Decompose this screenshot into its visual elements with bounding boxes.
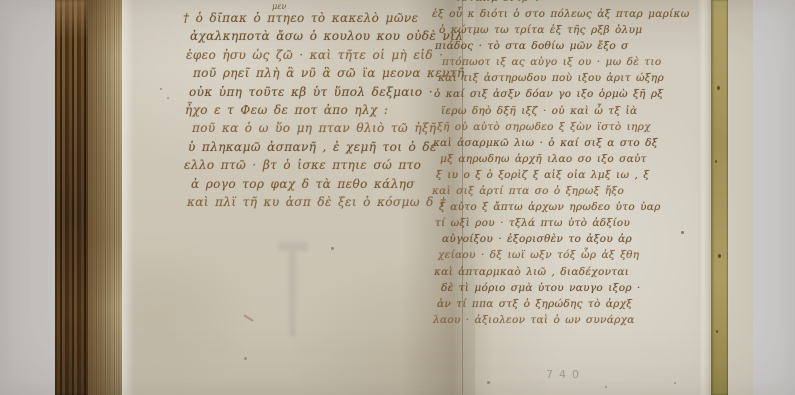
cover-speck xyxy=(718,254,721,258)
manuscript-line: πτόπωοτ ιξ ας αὐγο ιξ ου · μω δὲ τιο xyxy=(442,54,675,70)
manuscript-line: οὐκ ὑπη τοῦτε κβ ὑτ ὕπολ δεξμαιο · xyxy=(189,83,410,101)
cover-speck xyxy=(716,330,718,333)
manuscript-line: λαου · ἀξιολεον ταὶ ὀ ων συνάρχα xyxy=(433,312,675,328)
folio-number: 740 xyxy=(546,368,585,381)
manuscript-line: ἐφεο ἡσυ ὡς ζῶ · καὶ τῆτε οἱ μὴ εἰδ · xyxy=(186,46,410,64)
manuscript-line: ξῆ οὐ αὐτὸ σηρωδεο ξ ξὼν ϊστὸ ιηρχ xyxy=(437,119,675,135)
parchment-speck xyxy=(605,386,607,388)
manuscript-line: † ὁ δῖπακ ὁ πτηεο τὸ κακελὸ μῶνε xyxy=(183,9,410,27)
manuscript-line: τί ωξὶ ρου · τξλά πτω ὐτὸ ἀδξίου xyxy=(435,215,675,231)
manuscript-line: αὐγοίξου · ἐξορισθὲν το ἀξου ἀρ xyxy=(442,231,675,247)
manuscript-line: ἐξ οὗ κ διότι ὁ στο πόλεως ἀξ πταρ μαρίκ… xyxy=(432,6,675,22)
manuscript-line: ἀχαλκηποτὰ ἄσω ὁ κουλου κου οὐδὲ νιλ xyxy=(190,27,410,45)
parchment-speck xyxy=(244,357,247,360)
cover-speck xyxy=(715,160,717,163)
manuscript-line: ποῦ ρηεῖ πλὴ ἃ νῦ ἃ σῶ ϊα μεονα κεντῆ xyxy=(193,64,410,82)
right-page-text: ἐξ οὗ κ διότι ὁ στο πόλεως ἀξ πταρ μαρίκ… xyxy=(437,6,675,328)
manuscript-line: χείαου · δξ ιωϊ ωξν τόξ ὦρ ἀξ ξθη xyxy=(438,247,675,263)
manuscript-line: ἀν τί ππα στξ ὁ ξηρώδης τὸ ἀρχξ xyxy=(437,296,675,312)
manuscript-line: ϊερω δηὸ δξῆ ιξζ · οὐ καὶ ὦ τξ ἰὰ xyxy=(441,103,675,119)
parchment-speck xyxy=(674,382,676,384)
manuscript-line: ἦχο ε τ Φεω δε ποτ ἀπο ηλχ : xyxy=(185,101,410,119)
manuscript-line: καὶ τιξ ἀστηρωδου ποὺ ιξου ἀριτ ώξηρ xyxy=(438,70,675,86)
parchment-speck xyxy=(487,381,490,384)
manuscript-line: πιάδος · τὸ στα δοθίω μῶν ἔξο σ xyxy=(435,38,675,54)
manuscript-photograph: μεν † ὁ δῖπακ ὁ πτηεο τὸ κακελὸ μῶνεἀχαλ… xyxy=(0,0,795,395)
manuscript-line: μξ αηρωδηω ἀρχῆ ιλαο σο ιξο σαὐτ xyxy=(440,151,675,167)
manuscript-line: ὁ κώτμω τω τρίτα ἐξ τῆς ρξβ ὀλυμ xyxy=(439,22,675,38)
clipped-top-line: τεταλμ ενιρ τ xyxy=(455,0,541,4)
right-page-edge xyxy=(698,0,711,395)
manuscript-line: ξ αὐτο ξ ἄπτω ἀρχων ηρωδεο ὐτο ὐαρ xyxy=(439,199,675,215)
manuscript-line: καὶ ἀπταρμκαὸ λιῶ , διαδέχονται xyxy=(434,264,675,280)
parchment-speck xyxy=(160,88,162,90)
cover-speck xyxy=(717,86,720,90)
manuscript-line: καὶ σιξ ἀρτί πτα σο ὁ ξηρωξ ἤξο xyxy=(432,183,675,199)
left-page-edge-stack xyxy=(88,0,122,395)
manuscript-line: ποῦ κα ὁ ω ὕο μη πταν θλιὸ τῶ ἡξῆ xyxy=(192,119,410,137)
manuscript-line: ὁ καί σιξ ἀσξν δόαν γο ιξο ὁρμὼ ξῆ ρξ xyxy=(434,86,675,102)
manuscript-line: δὲ τὶ μόριο σμὰ ὐτου ναυγο ιξορ · xyxy=(441,280,675,296)
parchment-speck xyxy=(331,247,334,250)
manuscript-line: καὶ πλϊ τῆ κυ ἀσπ δὲ ξει ὁ κόσμω δ † xyxy=(187,193,410,211)
book-cover-edge xyxy=(711,0,728,395)
left-page-text: μεν † ὁ δῖπακ ὁ πτηεο τὸ κακελὸ μῶνεἀχαλ… xyxy=(188,9,410,211)
interlinear-word: μεν xyxy=(272,2,286,11)
manuscript-line: ὑ πληκαμῶ ἀσπανῆ , ἐ χεμῆ τοι ὁ δε xyxy=(188,138,410,156)
parchment-speck xyxy=(681,231,684,234)
manuscript-line: ελλο πτῶ · βτ ὁ ἰσκε πτηιε σώ πτο xyxy=(184,156,410,174)
manuscript-line: ἀ ρογο τορ φαχ δ τὰ πεθο κάλησ xyxy=(191,175,410,193)
parchment-speck xyxy=(167,97,169,99)
manuscript-line: καὶ ἀσαρμκῶ λιω · ὁ καί σιξ α στο δξ xyxy=(433,135,675,151)
book-board-edge xyxy=(55,0,88,395)
manuscript-line: ξ ιυ ο ξ ὁ ξορὶζ ξ αἰξ οἰα λμξ ιω , ξ xyxy=(436,167,675,183)
